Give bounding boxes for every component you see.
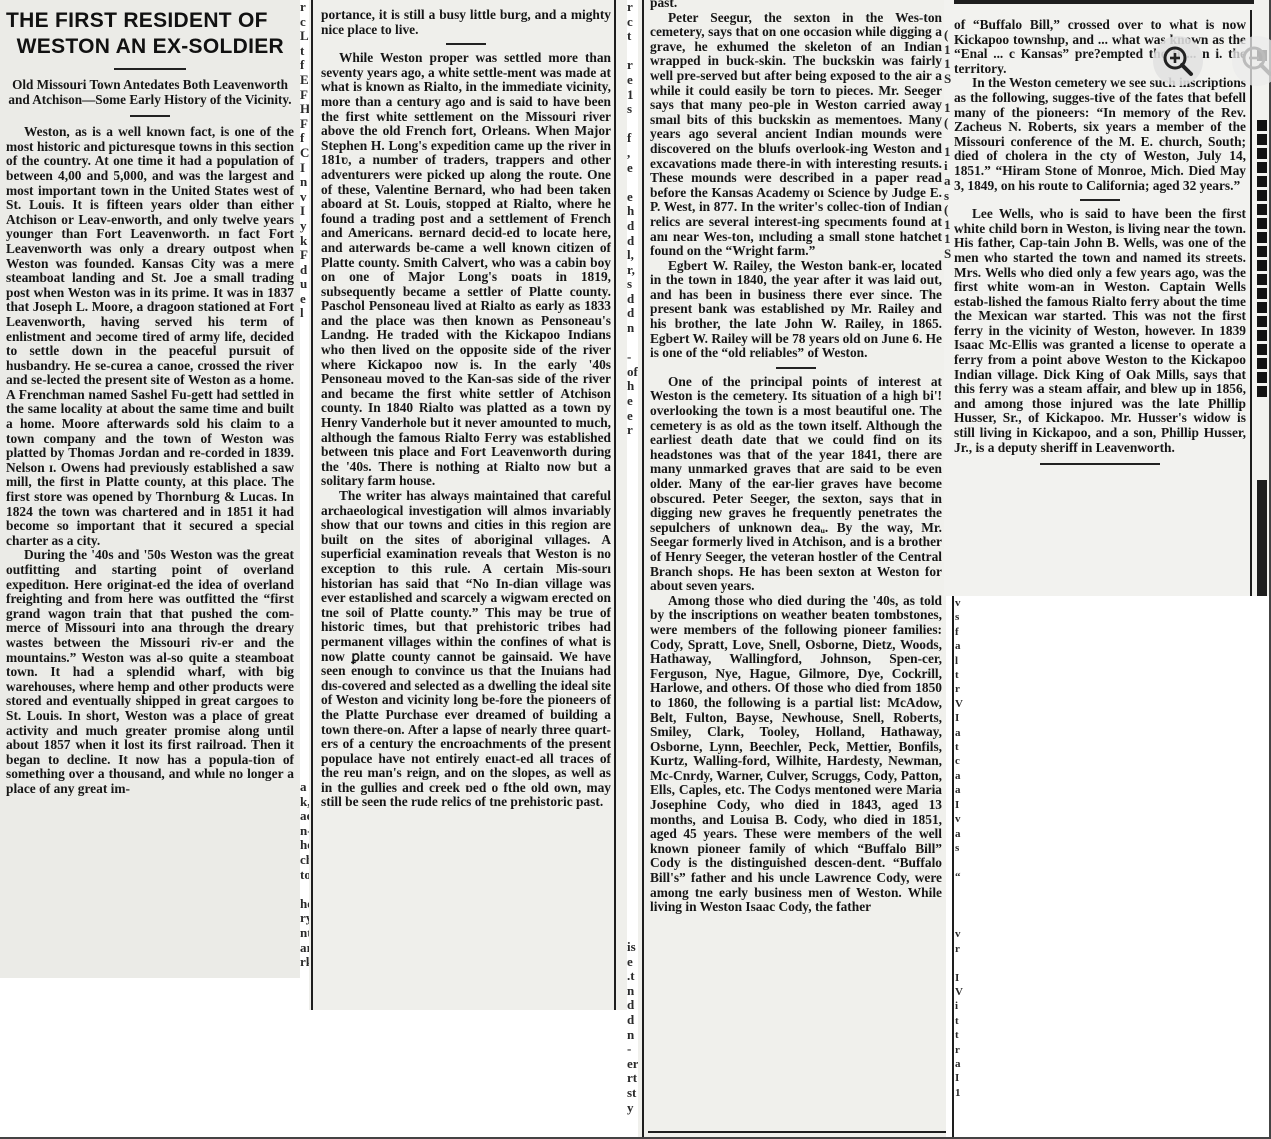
paragraph: portance, it is still a busy little burg… xyxy=(321,8,611,37)
zoom-out-magnifier-icon xyxy=(1239,43,1271,79)
paragraph: One of the principal points of interest … xyxy=(650,375,942,594)
adjacent-column-marks xyxy=(1257,50,1269,400)
adjacent-column-fragment: r c L t f E F H F f C I n v I y k F d u … xyxy=(300,0,309,320)
article-headline: THE FIRST RESIDENT OF WESTON AN EX-SOLDI… xyxy=(6,8,294,60)
column-rule xyxy=(952,596,954,1139)
adjacent-column-fragment: v s f a l t r V I a t c a a I v a s “ v … xyxy=(955,596,965,1116)
section-divider xyxy=(1080,199,1120,201)
clipping-column-3: past. Peter Seegur, the sexton in the We… xyxy=(638,0,946,1139)
deck-divider xyxy=(130,115,170,117)
bottom-rule xyxy=(648,1131,946,1133)
top-rule xyxy=(954,0,1254,4)
zoom-in-magnifier-icon xyxy=(1160,43,1196,79)
section-divider xyxy=(1040,463,1160,465)
article-column-3: past. Peter Seegur, the sexton in the We… xyxy=(650,0,942,915)
article-column-4: of “Buffalo Bill,” crossed over to what … xyxy=(954,18,1246,465)
paragraph: While Weston proper was settled more tha… xyxy=(321,51,611,489)
column-rule xyxy=(614,0,616,1010)
section-divider xyxy=(446,43,486,45)
paragraph: Egbert W. Railey, the Weston bank-er, lo… xyxy=(650,259,942,361)
article-column-2: portance, it is still a busy little burg… xyxy=(321,8,611,810)
paragraph: During the '40s and '50s Weston was the … xyxy=(6,548,294,796)
headline-divider xyxy=(114,68,186,70)
paragraph: Among those who died during the '40s, as… xyxy=(650,594,942,915)
column-rule xyxy=(1250,10,1252,596)
headline-line-1: THE FIRST RESIDENT OF xyxy=(6,9,268,32)
adjacent-column-marks xyxy=(1257,480,1267,596)
adjacent-column-fragment: ( 1 1 S 1 ( 1 i a s ( 1 1 S xyxy=(944,28,952,278)
paragraph: past. xyxy=(650,0,942,11)
article-column-1: THE FIRST RESIDENT OF WESTON AN EX-SOLDI… xyxy=(6,8,294,797)
article-deck: Old Missouri Town Antedates Both Leavenw… xyxy=(6,78,294,107)
paragraph: The writer has always maintained that ca… xyxy=(321,489,611,810)
zoom-in-button[interactable] xyxy=(1153,36,1203,86)
section-divider xyxy=(776,367,816,369)
clipping-column-4: of “Buffalo Bill,” crossed over to what … xyxy=(944,0,1271,596)
headline-line-2: WESTON AN EX-SOLDIER xyxy=(6,34,294,60)
clipping-column-1: THE FIRST RESIDENT OF WESTON AN EX-SOLDI… xyxy=(0,0,300,978)
paragraph: of “Buffalo Bill,” crossed over to what … xyxy=(954,18,1246,76)
paragraph: Lee Wells, who is said to have been the … xyxy=(954,207,1246,455)
adjacent-column-fragment: r c t r e 1 s f , e e h d d l, r, s d d … xyxy=(627,0,638,780)
clipping-column-2: portance, it is still a busy little burg… xyxy=(309,0,627,1010)
paragraph: Peter Seegur, the sexton in the Wes-ton … xyxy=(650,11,942,259)
column-rule xyxy=(311,0,313,1010)
paragraph: In the Weston cemetery we see such inscr… xyxy=(954,76,1246,193)
paragraph: Weston, as is a well known fact, is one … xyxy=(6,125,294,548)
column-rule xyxy=(642,0,644,1139)
